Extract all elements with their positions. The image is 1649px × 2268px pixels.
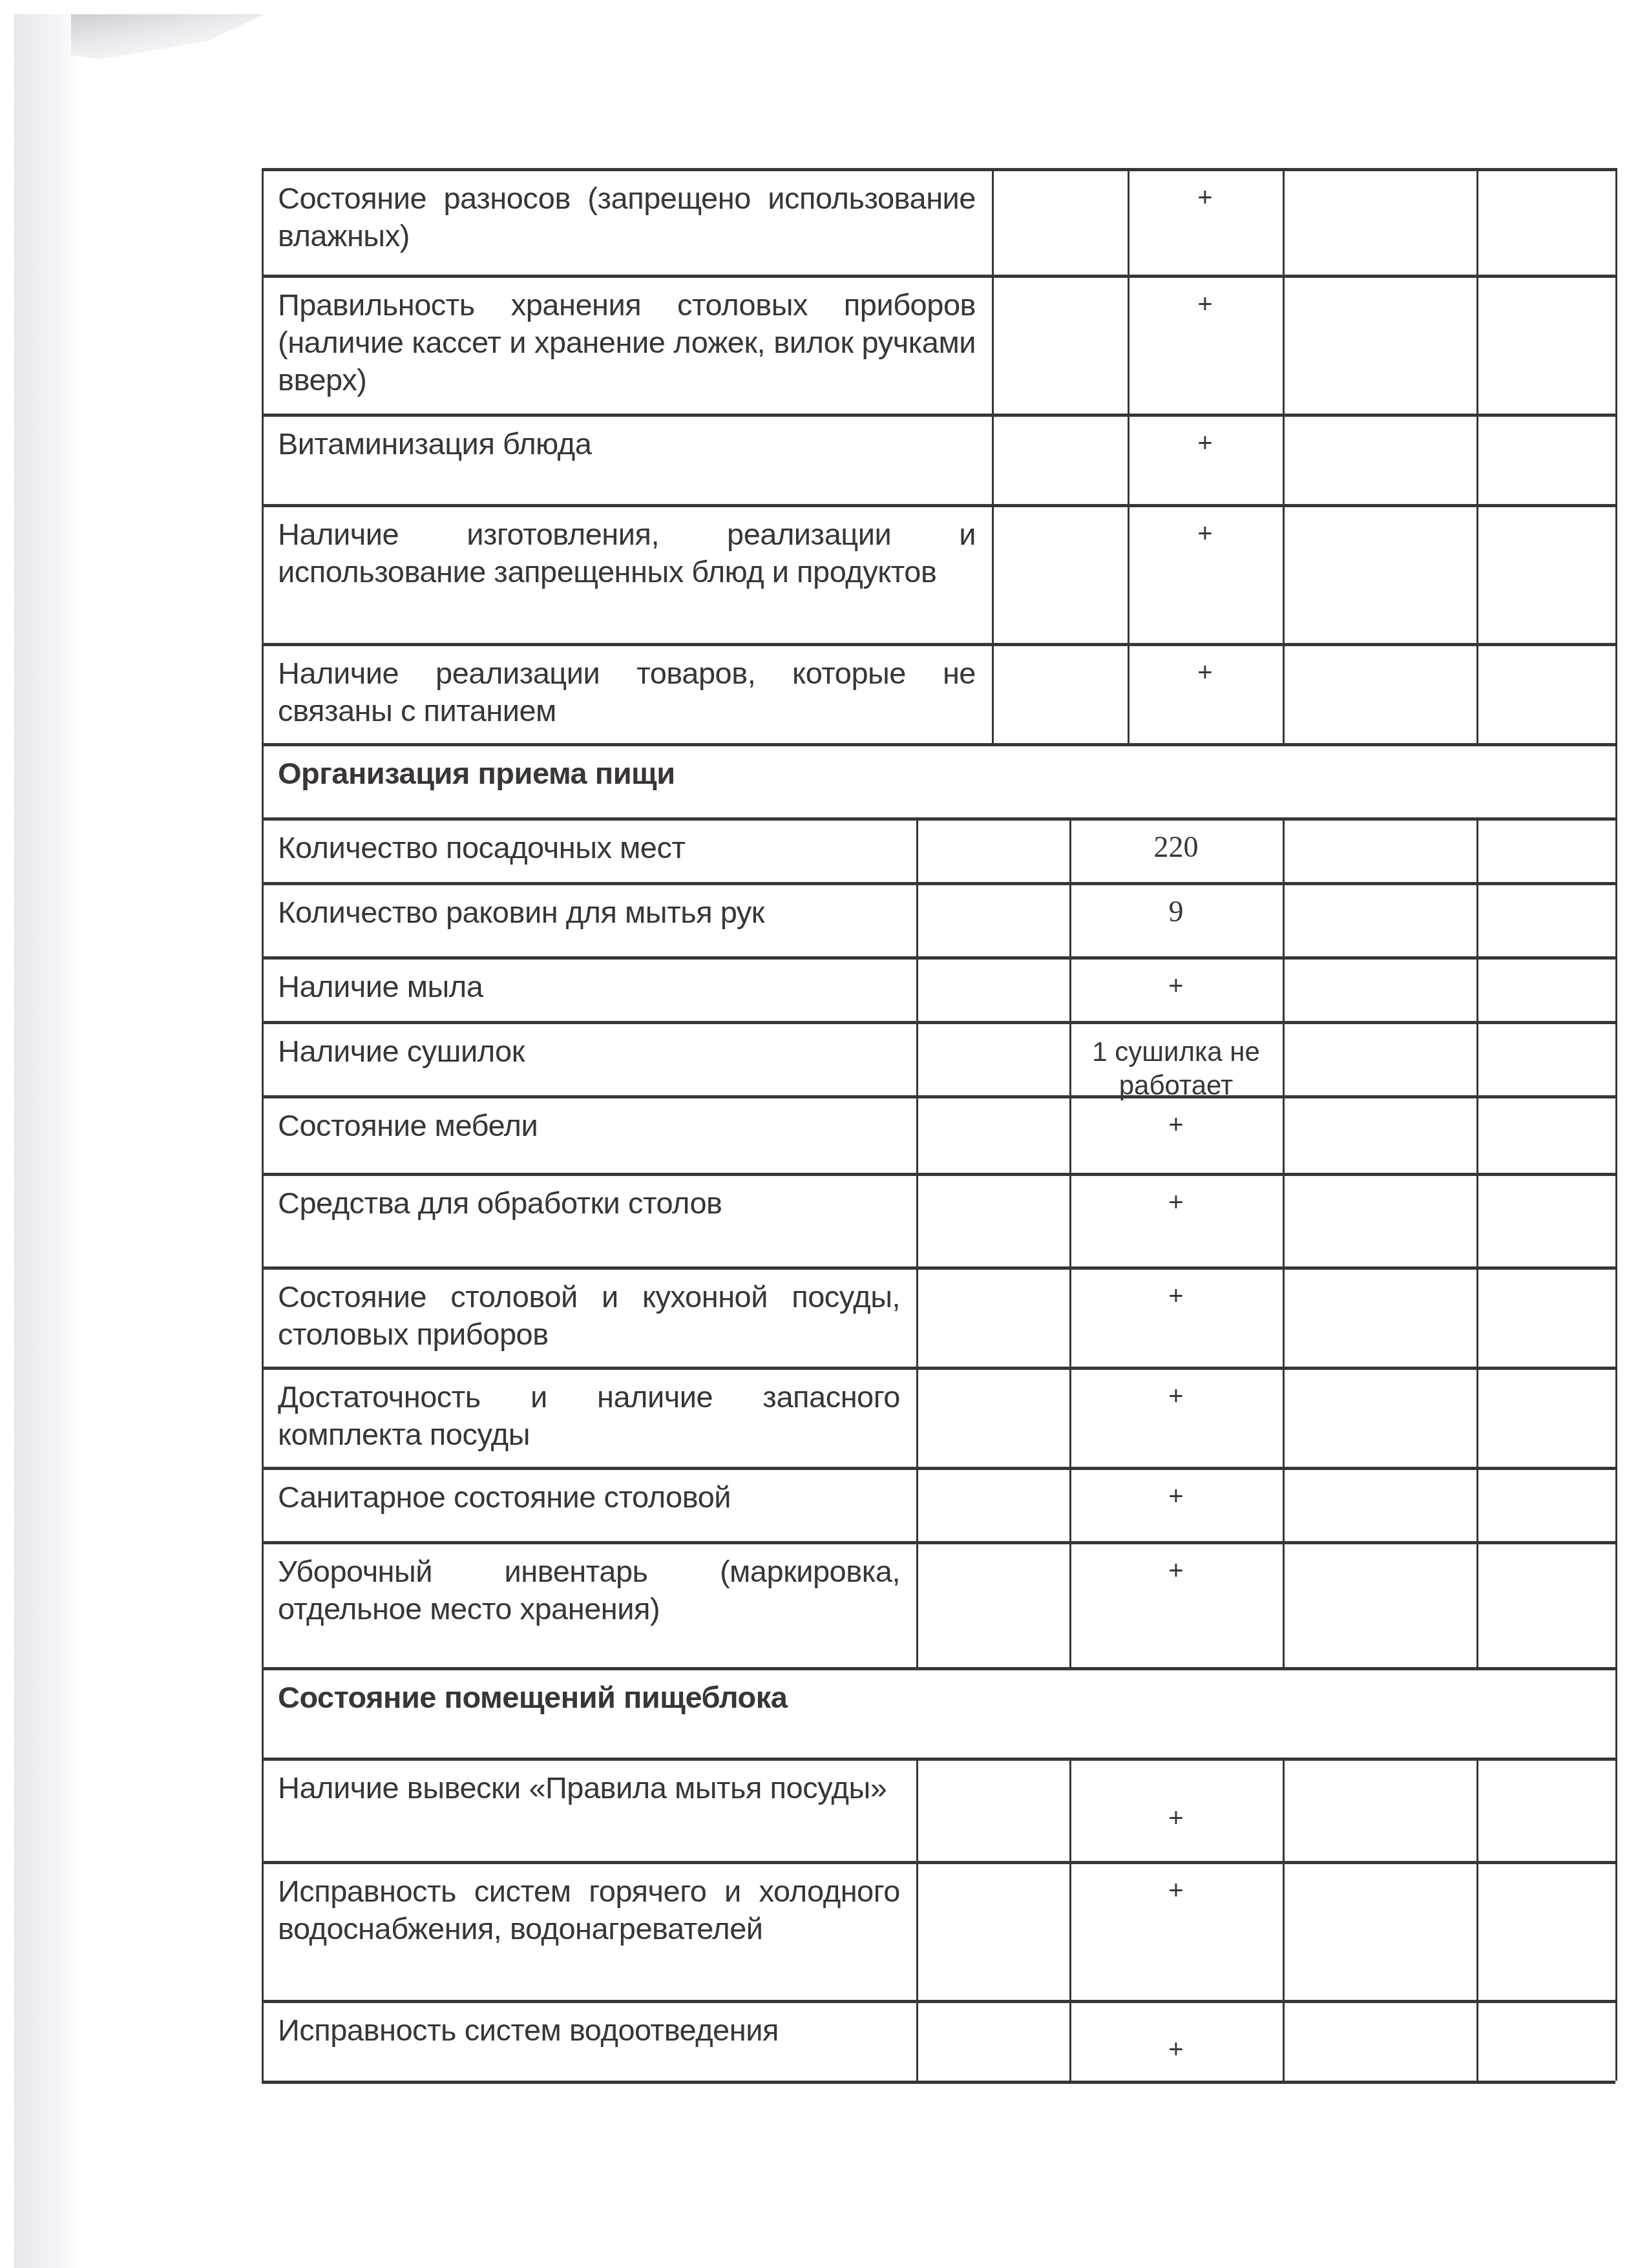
row-top-border [262, 1095, 1615, 1098]
column-divider [1476, 1541, 1478, 1667]
column-divider [1283, 1861, 1285, 2000]
row-top-border [262, 1173, 1615, 1176]
row-top-border [262, 1467, 1615, 1470]
check-plus-mark: + [1069, 1109, 1283, 1140]
column-divider [1283, 817, 1285, 882]
criterion-text: Исправность систем горячего и холодного … [278, 1873, 900, 1948]
column-divider [1476, 643, 1478, 743]
table-left-border [262, 168, 264, 2081]
column-divider [1476, 1861, 1478, 2000]
column-divider [992, 643, 994, 743]
column-divider [1476, 1173, 1478, 1266]
column-divider [1283, 882, 1285, 956]
column-divider [1283, 2000, 1285, 2081]
criterion-text: Санитарное состояние столовой [278, 1478, 900, 1516]
column-divider [1283, 643, 1285, 743]
criterion-text: Средства для обработки столов [278, 1184, 900, 1222]
criterion-text: Наличие вывески «Правила мытья посуды» [278, 1769, 900, 1807]
column-divider [1283, 275, 1285, 414]
row-top-border [262, 1758, 1615, 1761]
column-divider [992, 414, 994, 504]
criterion-text: Правильность хранения столовых приборов … [278, 286, 976, 399]
column-divider [1283, 1173, 1285, 1266]
section-title-top-border [262, 1667, 1615, 1670]
check-plus-mark: + [1069, 1381, 1283, 1412]
row-top-border [262, 414, 1615, 417]
row-top-border [262, 1266, 1615, 1270]
check-plus-mark: + [1069, 1875, 1283, 1906]
column-divider [1283, 414, 1285, 504]
row-top-border [262, 1861, 1615, 1864]
criterion-text: Уборочный инвентарь (маркировка, отдельн… [278, 1553, 900, 1628]
column-divider [1476, 817, 1478, 882]
column-divider [1283, 504, 1285, 643]
criterion-text: Достаточность и наличие запасного компле… [278, 1378, 900, 1453]
row-top-border [262, 2000, 1615, 2003]
column-divider [1283, 1541, 1285, 1667]
row-top-border [262, 275, 1615, 278]
column-divider [916, 1541, 918, 1667]
column-divider [916, 956, 918, 1021]
check-plus-mark: + [1128, 428, 1283, 459]
column-divider [1283, 1367, 1285, 1467]
row-top-border [262, 1367, 1615, 1370]
criterion-text: Наличие изготовления, реализации и испол… [278, 516, 976, 591]
column-divider [1476, 414, 1478, 504]
criterion-text: Исправность систем водоотведения [278, 2011, 900, 2049]
row-top-border [262, 504, 1615, 507]
criterion-text: Состояние столовой и кухонной посуды, ст… [278, 1278, 900, 1353]
column-divider [992, 275, 994, 414]
column-divider [1283, 1266, 1285, 1367]
column-divider [1476, 1758, 1478, 1861]
table-bottom-border [262, 2081, 1615, 2084]
value-text: 1 сушилка не работает [1069, 1035, 1283, 1102]
column-divider [1283, 1095, 1285, 1173]
check-plus-mark: + [1128, 518, 1283, 549]
column-divider [1476, 882, 1478, 956]
section-title: Состояние помещений пищеблока [278, 1679, 787, 1716]
row-top-border [262, 643, 1615, 646]
column-divider [1476, 504, 1478, 643]
column-divider [1283, 1758, 1285, 1861]
column-divider [916, 2000, 918, 2081]
value-text: 9 [1069, 896, 1283, 927]
column-divider [992, 168, 994, 275]
criterion-text: Состояние разносов (запрещено использова… [278, 180, 976, 255]
criterion-text: Количество посадочных мест [278, 829, 900, 866]
row-top-border [262, 1541, 1615, 1544]
column-divider [1283, 168, 1285, 275]
value-text: 220 [1069, 832, 1283, 863]
column-divider [916, 882, 918, 956]
column-divider [1476, 1095, 1478, 1173]
column-divider [992, 504, 994, 643]
row-top-border [262, 882, 1615, 885]
check-plus-mark: + [1069, 971, 1283, 1002]
criterion-text: Наличие реализации товаров, которые не с… [278, 655, 976, 730]
column-divider [1283, 1467, 1285, 1541]
criterion-text: Состояние мебели [278, 1107, 900, 1144]
column-divider [916, 1367, 918, 1467]
column-divider [1476, 1367, 1478, 1467]
check-plus-mark: + [1069, 1187, 1283, 1218]
column-divider [916, 1095, 918, 1173]
column-divider [1283, 956, 1285, 1021]
check-plus-mark: + [1128, 657, 1283, 688]
column-divider [916, 1758, 918, 1861]
check-plus-mark: + [1128, 182, 1283, 213]
column-divider [916, 817, 918, 882]
column-divider [1476, 1021, 1478, 1095]
criterion-text: Наличие сушилок [278, 1033, 900, 1070]
column-divider [916, 1467, 918, 1541]
criterion-text: Количество раковин для мытья рук [278, 894, 900, 931]
column-divider [1476, 2000, 1478, 2081]
criterion-text: Наличие мыла [278, 968, 900, 1005]
table-right-border [1615, 168, 1617, 2081]
column-divider [1476, 168, 1478, 275]
check-plus-mark: + [1069, 1555, 1283, 1586]
column-divider [1476, 1266, 1478, 1367]
column-divider [1128, 414, 1129, 504]
column-divider [1476, 956, 1478, 1021]
check-plus-mark: + [1069, 1481, 1283, 1512]
row-top-border [262, 817, 1615, 821]
check-plus-mark: + [1069, 2034, 1283, 2065]
column-divider [1476, 275, 1478, 414]
criterion-text: Витаминизация блюда [278, 425, 976, 463]
check-plus-mark: + [1069, 1803, 1283, 1834]
row-top-border [262, 168, 1615, 171]
column-divider [916, 1861, 918, 2000]
column-divider [1283, 1021, 1285, 1095]
row-top-border [262, 1021, 1615, 1024]
section-title: Организация приема пищи [278, 755, 675, 792]
column-divider [1476, 1467, 1478, 1541]
section-title-top-border [262, 743, 1615, 746]
column-divider [916, 1021, 918, 1095]
inspection-table-page: Состояние разносов (запрещено использова… [0, 0, 1649, 2268]
row-top-border [262, 956, 1615, 960]
check-plus-mark: + [1069, 1281, 1283, 1312]
column-divider [916, 1173, 918, 1266]
check-plus-mark: + [1128, 289, 1283, 320]
column-divider [916, 1266, 918, 1367]
